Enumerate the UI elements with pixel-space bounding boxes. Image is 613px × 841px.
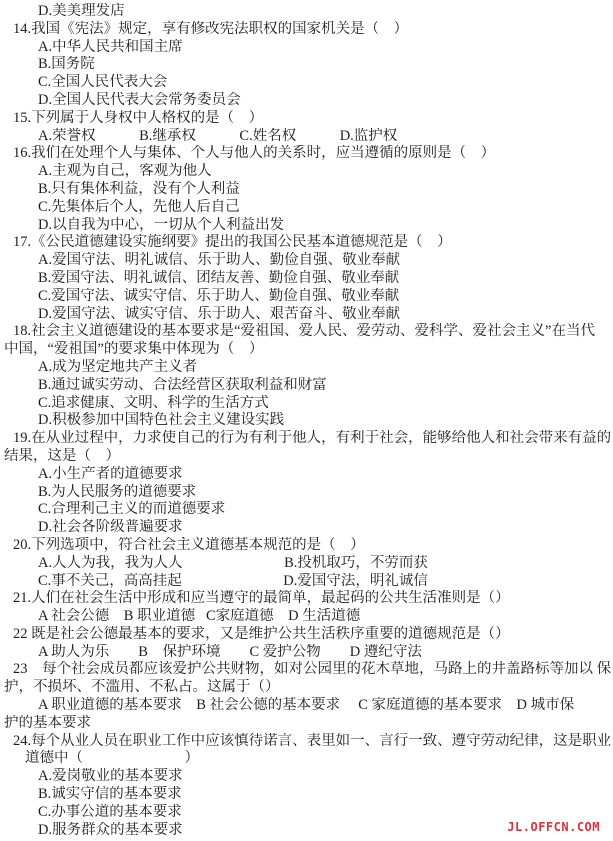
option-line: C.先集体后个人，先他人后自己 — [0, 199, 613, 217]
option-line: B.诚实守信的基本要求 — [0, 786, 613, 804]
option-line: D.全国人民代表大会常务委员会 — [0, 92, 613, 110]
option-line: B.通过诚实劳动、合法经营区获取利益和财富 — [0, 377, 613, 395]
option-line: A.荣誉权 B.继承权 C.姓名权 D.监护权 — [0, 128, 613, 146]
option-line: A.小生产者的道德要求 — [0, 466, 613, 484]
question-stem-line: 20.下列选项中，符合社会主义道德基本规范的是（ ） — [0, 537, 613, 555]
option-line: D.积极参加中国特色社会主义建设实践 — [0, 412, 613, 430]
wrapped-text-line: 护的基本要求 — [0, 715, 613, 733]
wrapped-text-line: 护，不损坏、不滥用、不私占。这属于（） — [0, 679, 613, 697]
question-stem-line: 23 每个社会成员都应该爱护公共财物，如对公园里的花木草地，马路上的井盖路标等加… — [0, 661, 613, 679]
question-stem-line: 16.我们在处理个人与集体、个人与他人的关系时，应当遵循的原则是（ ） — [0, 145, 613, 163]
question-stem-line: 24.每个从业人员在职业工作中应该慎待诺言、表里如一、言行一致、遵守劳动纪律，这… — [0, 733, 613, 751]
wrapped-text-line: 道德中（ ） — [0, 750, 613, 768]
option-line: C.办事公道的基本要求 — [0, 804, 613, 822]
option-line: A.主观为自己，客观为他人 — [0, 163, 613, 181]
option-line: C.追求健康、文明、科学的生活方式 — [0, 395, 613, 413]
option-line: D.爱国守法、诚实守信、乐于助人、艰苦奋斗、敬业奉献 — [0, 306, 613, 324]
option-line: D.以自我为中心，一切从个人利益出发 — [0, 217, 613, 235]
exam-document-page: D.美美理发店14.我国《宪法》规定，享有修改宪法职权的国家机关是（ ）A.中华… — [0, 0, 613, 841]
option-line: D.社会各阶级普遍要求 — [0, 519, 613, 537]
option-line: A.中华人民共和国主席 — [0, 39, 613, 57]
option-line: C.爱国守法、诚实守信、乐于助人、勤俭自强、敬业奉献 — [0, 288, 613, 306]
option-line: B.为人民服务的道德要求 — [0, 484, 613, 502]
option-line: A 社会公德 B 职业道德 C家庭道德 D 生活道德 — [0, 608, 613, 626]
option-line: C.事不关己，高高挂起 D.爱国守法，明礼诚信 — [0, 573, 613, 591]
option-line: A.爱国守法、明礼诚信、乐于助人、勤俭自强、敬业奉献 — [0, 252, 613, 270]
question-stem-line: 21.人们在社会生活中形成和应当遵守的最简单，最起码的公共生活准则是（） — [0, 590, 613, 608]
option-line: A 助人为乐 B 保护环境 C 爱护公物 D 遵纪守法 — [0, 644, 613, 662]
question-stem-line: 22 既是社会公德最基本的要求，又是维护公共生活秩序重要的道德规范是（） — [0, 626, 613, 644]
option-line: A.成为坚定地共产主义者 — [0, 359, 613, 377]
option-line: B.只有集体利益，没有个人利益 — [0, 181, 613, 199]
exam-text-body: D.美美理发店14.我国《宪法》规定，享有修改宪法职权的国家机关是（ ）A.中华… — [0, 0, 613, 839]
site-watermark: JL.OFFCN.COM — [507, 820, 600, 834]
question-stem-line: 14.我国《宪法》规定，享有修改宪法职权的国家机关是（ ） — [0, 21, 613, 39]
option-line: A.人人为我，我为人人 B.投机取巧，不劳而获 — [0, 555, 613, 573]
option-line: A 职业道德的基本要求 B 社会公德的基本要求 C 家庭道德的基本要求 D 城市… — [0, 697, 613, 715]
option-line: D.美美理发店 — [0, 3, 613, 21]
option-line: C.合理利己主义的而道德要求 — [0, 501, 613, 519]
option-line: B.爱国守法、明礼诚信、团结友善、勤俭自强、敬业奉献 — [0, 270, 613, 288]
option-line: B.国务院 — [0, 56, 613, 74]
question-stem-line: 15.下列属于人身权中人格权的是（ ） — [0, 110, 613, 128]
wrapped-text-line: 中国，“爱祖国”的要求集中体现为（ ） — [0, 341, 613, 359]
option-line: C.全国人民代表大会 — [0, 74, 613, 92]
wrapped-text-line: 结果，这是（ ） — [0, 448, 613, 466]
question-stem-line: 18.社会主义道德建设的基本要求是“爱祖国、爱人民、爱劳动、爱科学、爱社会主义”… — [0, 323, 613, 341]
question-stem-line: 19.在从业过程中，力求使自己的行为有利于他人，有利于社会，能够给他人和社会带来… — [0, 430, 613, 448]
option-line: A.爱岗敬业的基本要求 — [0, 768, 613, 786]
question-stem-line: 17.《公民道德建设实施纲要》提出的我国公民基本道德规范是（ ） — [0, 234, 613, 252]
